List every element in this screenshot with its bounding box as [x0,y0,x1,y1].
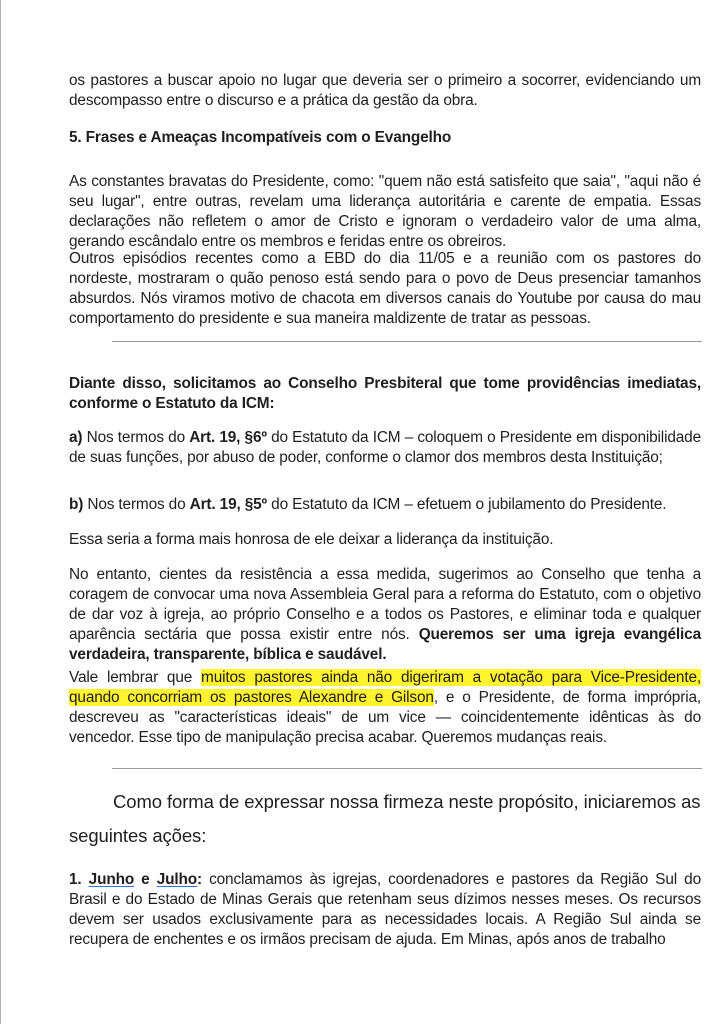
honor-paragraph: Essa seria a forma mais honrosa de ele d… [69,530,701,550]
section-5-paragraph-2: Outros episódios recentes como a EBD do … [69,249,701,329]
item-a-marker: a) [69,429,82,446]
resistance-paragraph: No entanto, cientes da resistência a ess… [69,565,701,665]
item-a-reference: Art. 19, §6º [189,429,267,446]
request-item-a: a) Nos termos do Art. 19, §6º do Estatut… [69,428,701,468]
request-item-b: b) Nos termos do Art. 19, §5º do Estatut… [69,495,701,515]
item-a-pre: Nos termos do [82,429,189,446]
item-b-marker: b) [69,496,83,513]
section-5-heading: 5. Frases e Ameaças Incompatíveis com o … [69,128,701,148]
month-julho: Julho [157,871,197,888]
page-left-edge [0,0,1,1024]
continuation-paragraph: os pastores a buscar apoio no lugar que … [69,71,701,111]
action-1-number: 1. [69,871,82,888]
section-5-paragraph-1: As constantes bravatas do Presidente, co… [69,172,701,252]
month-junho: Junho [89,871,134,888]
item-b-reference: Art. 19, §5º [190,496,267,513]
request-heading: Diante disso, solicitamos ao Conselho Pr… [69,374,701,414]
action-item-1: 1. Junho e Julho: conclamamos às igrejas… [69,870,701,950]
item-b-text: do Estatuto da ICM – efetuem o jubilamen… [267,496,666,513]
month-conjunction: e [134,871,157,888]
reminder-paragraph: Vale lembrar que muitos pastores ainda n… [69,668,701,748]
reminder-pre: Vale lembrar que [69,669,201,686]
actions-intro: Como forma de expressar nossa firmeza ne… [69,785,701,853]
separator-line-2 [112,768,702,769]
separator-line-1 [112,341,702,342]
item-b-pre: Nos termos do [83,496,189,513]
